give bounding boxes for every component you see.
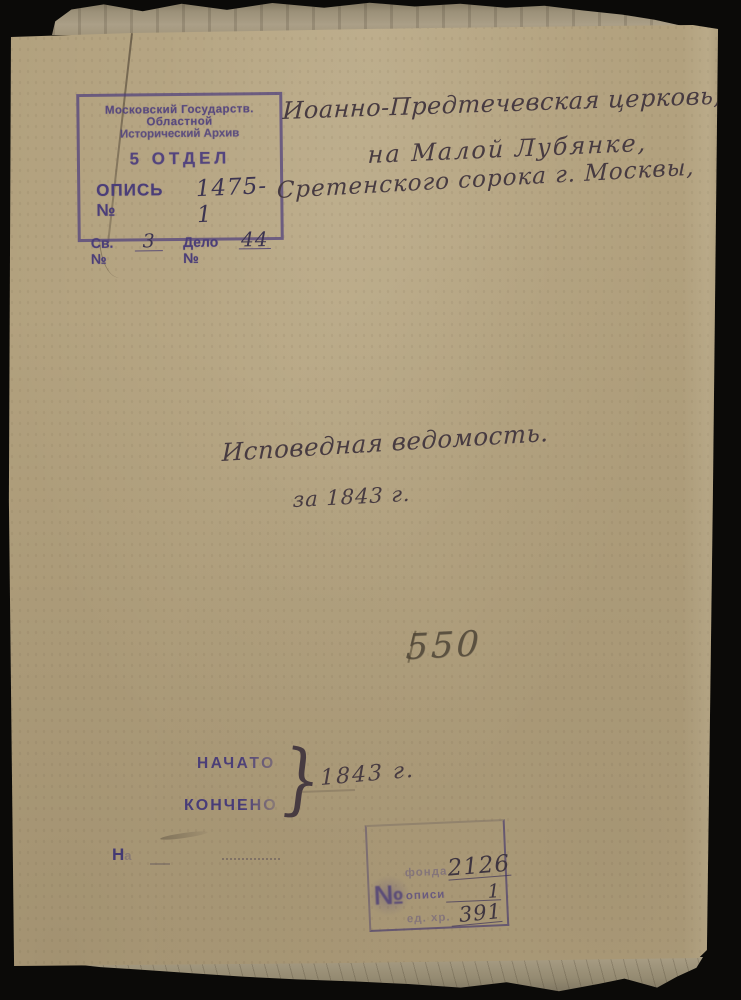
pencil-smudge — [160, 830, 208, 842]
archive-stamp: Московский Государств. Областной Историч… — [76, 92, 284, 242]
photo-frame: Московский Государств. Областной Историч… — [0, 0, 741, 1000]
bundle-case-row: Св. № 3 Дело № 44 — [81, 230, 281, 267]
handwritten-brace: } — [276, 739, 325, 821]
unit-row: ед. хр. 391 — [406, 900, 502, 927]
dates-year-value: 1843 г. — [320, 758, 415, 791]
bundle-label: Св. № — [91, 235, 130, 267]
inventory-stamp: № фонда 2126 описи 1 ед. хр. 391 — [365, 819, 510, 932]
sheets-stamp-dash — [150, 863, 170, 865]
case-value: 44 — [239, 230, 271, 249]
church-title-line1: Иоанно-Предтечевская церковь, — [282, 82, 722, 125]
unit-value: 391 — [450, 903, 503, 927]
unit-label: ед. хр. — [407, 911, 451, 927]
series-row: ОПИСЬ № 1475-1 — [80, 174, 281, 228]
finished-label: КОНЧЕНО — [184, 797, 278, 815]
fond-label: фонда — [405, 866, 448, 882]
fond-value: 2126 — [447, 855, 511, 880]
archive-name-line1: Московский Государств. Областной — [79, 103, 279, 129]
series-label: ОПИСЬ № — [96, 180, 186, 221]
number-sign: № — [373, 879, 404, 911]
opis-label: описи — [406, 889, 446, 905]
sheets-letter-visible: Н — [112, 845, 124, 864]
archive-department: 5 ОТДЕЛ — [80, 148, 280, 170]
sheets-stamp-letter: На — [112, 845, 132, 865]
inventory-rows: фонда 2126 описи 1 ед. хр. 391 — [404, 854, 502, 927]
sheets-stamp-dotted-line — [222, 852, 280, 860]
sheets-letter-faded: а — [124, 848, 131, 863]
file-cover: Московский Государств. Областной Историч… — [0, 0, 741, 1000]
archive-name-line2: Исторический Архив — [80, 127, 280, 141]
pencil-number: 550 — [405, 624, 483, 668]
document-type-line: Исповедная ведомость. — [222, 418, 549, 467]
fond-row: фонда 2126 — [404, 854, 500, 881]
series-value: 1475-1 — [195, 173, 281, 229]
started-label: НАЧАТО — [197, 755, 276, 773]
case-label: Дело № — [183, 233, 233, 266]
document-year-line: за 1843 г. — [293, 482, 411, 512]
bundle-value: 3 — [135, 233, 163, 251]
